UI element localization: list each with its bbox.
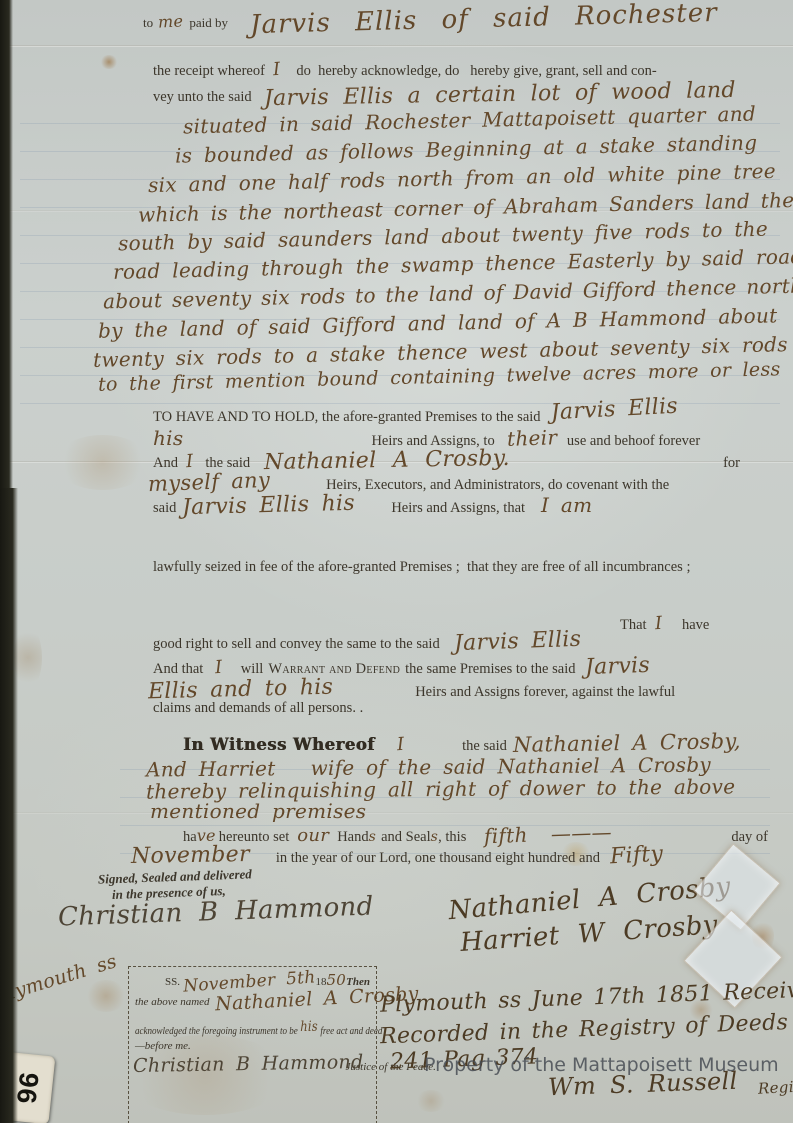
witness-line-4: mentioned premises bbox=[150, 799, 366, 823]
handwritten-grantee: Jarvis Ellis bbox=[453, 627, 581, 656]
printed-text: lawfully seized in fee of the afore-gran… bbox=[153, 559, 690, 576]
printed-text: claims and demands of all persons. . bbox=[153, 700, 363, 717]
museum-watermark: Property of the Mattapoisett Museum bbox=[424, 1054, 779, 1076]
handwritten-text: Jarvis Ellis his bbox=[182, 491, 356, 521]
handwritten-grantee: Jarvis Ellis bbox=[550, 394, 678, 426]
printed-text: for bbox=[723, 455, 740, 472]
witness-signature: Christian B Hammond bbox=[58, 897, 374, 927]
printed-text: SS. bbox=[165, 976, 180, 988]
scan-edge bbox=[0, 488, 18, 1123]
description-line: which is the northeast corner of Abraham… bbox=[138, 195, 793, 219]
printed-text: TO HAVE AND TO HOLD, the afore-granted P… bbox=[153, 409, 541, 426]
registry-line-1: Plymouth ss June 17th 1851 Received and bbox=[380, 984, 793, 1009]
ack-before-me-line: —before me. bbox=[135, 1040, 191, 1052]
handwritten-text: his bbox=[300, 1019, 318, 1035]
covenant-warrant-line-2: Ellis and to his Heirs and Assigns forev… bbox=[148, 677, 675, 702]
description-line: to the first mention bound containing tw… bbox=[98, 366, 781, 388]
printed-text: Heirs and Assigns forever, against the l… bbox=[415, 684, 675, 701]
consideration-line: to me paid by Jarvis Ellis of said Roche… bbox=[143, 4, 718, 34]
description-line: six and one half rods north from an old … bbox=[148, 166, 776, 190]
archive-number: 96 bbox=[10, 1070, 44, 1105]
description-line: is bounded as follows Beginning at a sta… bbox=[175, 137, 757, 161]
printed-text: paid by bbox=[189, 15, 228, 31]
handwritten-county: Plymouth ss bbox=[0, 950, 119, 1008]
handwritten-signature: Christian B Hammond bbox=[133, 1051, 364, 1077]
printed-text: will bbox=[241, 661, 264, 678]
handwritten-text: I bbox=[396, 734, 405, 755]
ack-name-line: the above named Nathaniel A Crosby bbox=[135, 988, 418, 1010]
covenant-warrant-line: And that I will Warrant and Defend the s… bbox=[153, 654, 651, 679]
handwritten-text: I bbox=[272, 59, 281, 80]
description-line: about seventy six rods to the land of Da… bbox=[103, 281, 793, 305]
handwritten-text: me bbox=[158, 11, 184, 31]
description-line: road leading through the swamp thence Ea… bbox=[113, 252, 793, 276]
printed-text: —before me. bbox=[135, 1040, 191, 1052]
printed-text: in the year of our Lord, one thousand ei… bbox=[276, 850, 600, 867]
printed-text: the said bbox=[462, 738, 507, 755]
gothic-heading: In Witness Whereof bbox=[183, 735, 375, 754]
witness-year-line: November in the year of our Lord, one th… bbox=[131, 843, 663, 868]
handwritten-signature: Christian B Hammond bbox=[58, 892, 374, 933]
printed-text: 18 bbox=[315, 976, 326, 988]
printed-text: the same Premises to the said bbox=[405, 661, 575, 678]
handwritten-text: I bbox=[185, 451, 194, 472]
handwritten-payer-name: Jarvis Ellis of said Rochester bbox=[250, 0, 718, 40]
printed-text: the receipt whereof bbox=[153, 63, 265, 80]
description-line: south by said saunders land about twenty… bbox=[118, 224, 768, 248]
witness-line-3: thereby relinquishing all right of dower… bbox=[146, 777, 735, 801]
covenant-seized-line: lawfully seized in fee of the afore-gran… bbox=[153, 559, 690, 576]
habendum-line-1: TO HAVE AND TO HOLD, the afore-granted P… bbox=[153, 402, 678, 427]
covenant-good-right-line: good right to sell and convey the same t… bbox=[153, 629, 581, 654]
printed-text: the above named bbox=[135, 996, 210, 1008]
receipt-line-1: the receipt whereof I do hereby acknowle… bbox=[153, 59, 657, 80]
printed-text: have bbox=[682, 617, 709, 634]
printed-text: vey unto the said bbox=[153, 89, 252, 106]
ink-stain bbox=[100, 55, 118, 69]
printed-text: day of bbox=[731, 829, 768, 846]
paper-stain bbox=[55, 435, 150, 490]
handwritten-text: I bbox=[215, 657, 224, 678]
handwritten-text: I bbox=[654, 613, 663, 634]
handwritten-text: his bbox=[153, 426, 183, 450]
paper-stain bbox=[14, 625, 42, 690]
printed-text: Heirs and Assigns, that bbox=[391, 500, 525, 517]
handwritten-year: Fifty bbox=[609, 842, 663, 870]
ack-justice-line: Christian B Hammond Justice of the Peace… bbox=[133, 1053, 371, 1075]
paper-stain bbox=[415, 1090, 447, 1112]
habendum-line-4: myself any Heirs, Executors, and Adminis… bbox=[148, 470, 669, 494]
handwritten-text: mentioned premises bbox=[150, 799, 366, 823]
covenant-that-line: That I have bbox=[620, 613, 709, 634]
grantor-signature: Nathaniel A Crosby bbox=[448, 884, 731, 914]
ack-instrument-line: acknowledged the foregoing instrument to… bbox=[135, 1022, 382, 1038]
printed-text: acknowledged the foregoing instrument to… bbox=[135, 1025, 298, 1037]
fold-crease bbox=[0, 45, 793, 47]
handwritten-text: I am bbox=[541, 493, 592, 517]
description-line: situated in said Rochester Mattapoisett … bbox=[183, 108, 756, 132]
deed-scan-page: to me paid by Jarvis Ellis of said Roche… bbox=[0, 0, 793, 1123]
handwritten-text: their bbox=[506, 425, 557, 451]
covenant-claims-line: claims and demands of all persons. . bbox=[153, 700, 363, 717]
fold-crease bbox=[0, 812, 793, 814]
paper-stain bbox=[85, 980, 127, 1012]
grantor-wife-signature: Harriet W Crosby bbox=[460, 919, 718, 949]
printed-text: That bbox=[620, 617, 647, 634]
printed-text: And that bbox=[153, 661, 203, 678]
printed-text: to bbox=[143, 15, 153, 31]
printed-text: said bbox=[153, 500, 176, 517]
county-annotation: Plymouth ss bbox=[0, 950, 119, 1008]
handwritten-text: myself any bbox=[148, 468, 271, 496]
printed-text: do hereby acknowledge, do hereby give, g… bbox=[296, 63, 656, 80]
scan-edge bbox=[0, 0, 13, 1123]
acknowledgment-box: SS. November 5th 18 50 Then the above na… bbox=[128, 966, 377, 1123]
witness-line-1: In Witness Whereof I the said Nathaniel … bbox=[183, 731, 741, 755]
printed-text: good right to sell and convey the same t… bbox=[153, 636, 440, 653]
registry-line-2: Recorded in the Registry of Deeds Book bbox=[380, 1016, 793, 1041]
archive-number-label: 96 bbox=[0, 1052, 55, 1123]
description-line: by the land of said Gifford and land of … bbox=[98, 311, 778, 335]
habendum-line-5: said Jarvis Ellis his Heirs and Assigns,… bbox=[153, 493, 592, 518]
printed-text: Heirs, Executors, and Administrators, do… bbox=[326, 477, 669, 494]
handwritten-month: November bbox=[131, 842, 250, 869]
printed-text: free act and deed bbox=[320, 1025, 382, 1037]
handwritten-title: Register bbox=[757, 1076, 793, 1097]
